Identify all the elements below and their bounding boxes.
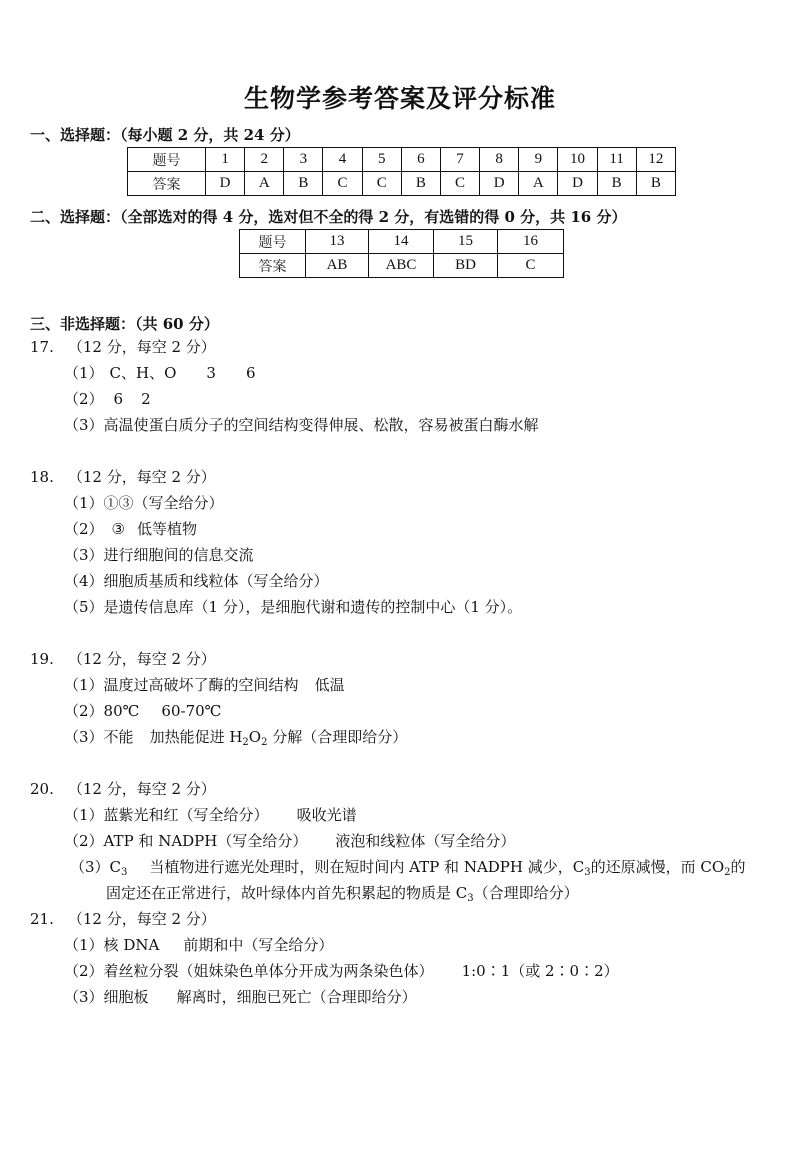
item-label: （1） (64, 936, 104, 954)
table-cell: 11 (597, 148, 636, 172)
item-label: （1） (64, 676, 104, 694)
answer-text: 3 (206, 364, 216, 382)
table-cell: AB (306, 254, 369, 278)
answer-20-3: （3）C3当植物进行遮光处理时，则在短时间内 ATP 和 NADPH 减少，C3… (70, 857, 746, 883)
table-cell: C (440, 172, 479, 196)
answer-text: 高温使蛋白质分子的空间结构变得伸展、松散，容易被蛋白酶水解 (104, 416, 539, 434)
question-17-header: 17.（12 分，每空 2 分） (30, 337, 216, 357)
item-label: （3） (64, 728, 104, 746)
table-cell: BD (434, 254, 498, 278)
answer-21-1: （1）核 DNA前期和中（写全给分） (64, 935, 333, 955)
answer-text: （合理即给分） (474, 884, 579, 902)
answer-text: 60-70℃ (161, 702, 221, 720)
row-label: 题号 (128, 148, 206, 172)
answer-text: 80℃ (104, 702, 140, 720)
table-row-numbers: 题号 13 14 15 16 (240, 230, 564, 254)
table-row-answers: 答案 AB ABC BD C (240, 254, 564, 278)
answer-text: 着丝粒分裂（姐妹染色单体分开成为两条染色体） (104, 962, 434, 980)
row-label: 答案 (128, 172, 206, 196)
item-label: （3） (70, 858, 110, 876)
item-label: （2） (64, 520, 104, 538)
question-score: （12 分，每空 2 分） (68, 468, 216, 486)
item-label: （1） (64, 364, 104, 382)
answer-18-2: （2）③低等植物 (64, 519, 197, 539)
answer-text: O (249, 728, 261, 746)
table-cell: 6 (401, 148, 440, 172)
answer-text: 2 (141, 390, 151, 408)
table-cell: 3 (284, 148, 323, 172)
answer-17-1: （1）C、H、O36 (64, 363, 256, 383)
answer-19-2: （2）80℃60-70℃ (64, 701, 221, 721)
table-cell: 14 (369, 230, 434, 254)
answer-17-3: （3）高温使蛋白质分子的空间结构变得伸展、松散，容易被蛋白酶水解 (64, 415, 539, 435)
answer-21-3: （3）细胞板解离时，细胞已死亡（合理即给分） (64, 987, 417, 1007)
answer-text: ATP 和 NADPH（写全给分） (104, 832, 308, 850)
table-cell: 12 (636, 148, 675, 172)
table-cell: 13 (306, 230, 369, 254)
answer-text: 加热能促进 H (150, 728, 243, 746)
answer-text: 解离时，细胞已死亡（合理即给分） (177, 988, 417, 1006)
table-cell: D (480, 172, 519, 196)
table-cell: ABC (369, 254, 434, 278)
item-label: （2） (64, 390, 104, 408)
table-cell: 10 (558, 148, 597, 172)
table-cell: D (206, 172, 245, 196)
table-row-answers: 答案 D A B C C B C D A D B B (128, 172, 676, 196)
answer-text: 细胞质基质和线粒体（写全给分） (104, 572, 329, 590)
table-cell: 4 (323, 148, 362, 172)
answer-text: 吸收光谱 (297, 806, 357, 824)
answer-text: 前期和中（写全给分） (183, 936, 333, 954)
table-cell: D (558, 172, 597, 196)
question-score: （12 分，每空 2 分） (68, 780, 216, 798)
item-label: （2） (64, 832, 104, 850)
answer-text: ③ (112, 520, 125, 538)
row-label: 题号 (240, 230, 306, 254)
question-20-header: 20.（12 分，每空 2 分） (30, 779, 216, 799)
section2-answer-table: 题号 13 14 15 16 答案 AB ABC BD C (239, 229, 564, 278)
subscript: 3 (121, 867, 127, 878)
item-label: （1） (64, 494, 104, 512)
answer-text: 是遗传信息库（1 分），是细胞代谢和遗传的控制中心（1 分）。 (104, 598, 523, 616)
answer-text: 6 (114, 390, 124, 408)
answer-text: ①③（写全给分） (104, 494, 224, 512)
answer-text: C (110, 858, 121, 876)
answer-21-2: （2）着丝粒分裂（姐妹染色单体分开成为两条染色体）1:0∶1（或 2∶0∶2） (64, 961, 619, 981)
page-title: 生物学参考答案及评分标准 (0, 79, 800, 115)
answer-text: 低温 (315, 676, 345, 694)
answer-18-3: （3）进行细胞间的信息交流 (64, 545, 254, 565)
answer-19-3: （3）不能加热能促进 H2O2 分解（合理即给分） (64, 727, 407, 753)
table-cell: B (636, 172, 675, 196)
table-cell: 15 (434, 230, 498, 254)
answer-18-1: （1）①③（写全给分） (64, 493, 224, 513)
section2-heading: 二、选择题：（全部选对的得 4 分，选对但不全的得 2 分，有选错的得 0 分，… (30, 206, 626, 227)
answer-20-2: （2）ATP 和 NADPH（写全给分）液泡和线粒体（写全给分） (64, 831, 515, 851)
table-cell: C (362, 172, 401, 196)
table-cell: C (323, 172, 362, 196)
question-19-header: 19.（12 分，每空 2 分） (30, 649, 216, 669)
table-row-numbers: 题号 1 2 3 4 5 6 7 8 9 10 11 12 (128, 148, 676, 172)
question-number: 20. (30, 780, 54, 798)
answer-text: 细胞板 (104, 988, 149, 1006)
question-number: 21. (30, 910, 54, 928)
answer-text: 1:0∶1（或 2∶0∶2） (462, 962, 619, 980)
question-18-header: 18.（12 分，每空 2 分） (30, 467, 216, 487)
answer-text: 进行细胞间的信息交流 (104, 546, 254, 564)
answer-18-5: （5）是遗传信息库（1 分），是细胞代谢和遗传的控制中心（1 分）。 (64, 597, 522, 617)
item-label: （2） (64, 702, 104, 720)
answer-text: 的还原减慢，而 CO (591, 858, 725, 876)
answer-text: C、H、O (110, 364, 177, 382)
table-cell: 1 (206, 148, 245, 172)
answer-text: 的 (731, 858, 746, 876)
answer-20-3-cont: 固定还在正常进行，故叶绿体内首先积累起的物质是 C3（合理即给分） (106, 883, 579, 909)
question-number: 19. (30, 650, 54, 668)
table-cell: C (498, 254, 564, 278)
answer-text: 不能 (104, 728, 134, 746)
table-cell: A (519, 172, 558, 196)
answer-20-1: （1）蓝紫光和红（写全给分）吸收光谱 (64, 805, 357, 825)
item-label: （4） (64, 572, 104, 590)
table-cell: B (597, 172, 636, 196)
table-cell: A (245, 172, 284, 196)
question-score: （12 分，每空 2 分） (68, 910, 216, 928)
item-label: （2） (64, 962, 104, 980)
section3-heading: 三、非选择题：（共 60 分） (30, 313, 219, 334)
question-number: 18. (30, 468, 54, 486)
item-label: （3） (64, 546, 104, 564)
table-cell: 8 (480, 148, 519, 172)
table-cell: 5 (362, 148, 401, 172)
section1-answer-table: 题号 1 2 3 4 5 6 7 8 9 10 11 12 答案 D A B C… (127, 147, 676, 196)
table-cell: B (284, 172, 323, 196)
table-cell: 16 (498, 230, 564, 254)
question-number: 17. (30, 338, 54, 356)
table-cell: 7 (440, 148, 479, 172)
answer-text: 蓝紫光和红（写全给分） (104, 806, 269, 824)
answer-text: 温度过高破坏了酶的空间结构 (104, 676, 299, 694)
table-cell: 9 (519, 148, 558, 172)
section1-heading: 一、选择题：（每小题 2 分，共 24 分） (30, 124, 300, 145)
item-label: （3） (64, 988, 104, 1006)
answer-text: 核 DNA (104, 936, 160, 954)
item-label: （1） (64, 806, 104, 824)
answer-text: 6 (246, 364, 256, 382)
question-score: （12 分，每空 2 分） (68, 338, 216, 356)
table-cell: 2 (245, 148, 284, 172)
item-label: （5） (64, 598, 104, 616)
answer-text: 当植物进行遮光处理时，则在短时间内 ATP 和 NADPH 减少，C (149, 858, 584, 876)
answer-text: 液泡和线粒体（写全给分） (335, 832, 515, 850)
answer-text: 低等植物 (137, 520, 197, 538)
row-label: 答案 (240, 254, 306, 278)
answer-17-2: （2）62 (64, 389, 151, 409)
question-21-header: 21.（12 分，每空 2 分） (30, 909, 216, 929)
answer-text: 分解（合理即给分） (267, 728, 407, 746)
table-cell: B (401, 172, 440, 196)
answer-19-1: （1）温度过高破坏了酶的空间结构低温 (64, 675, 345, 695)
item-label: （3） (64, 416, 104, 434)
question-score: （12 分，每空 2 分） (68, 650, 216, 668)
answer-text: 固定还在正常进行，故叶绿体内首先积累起的物质是 C (106, 884, 467, 902)
answer-18-4: （4）细胞质基质和线粒体（写全给分） (64, 571, 329, 591)
